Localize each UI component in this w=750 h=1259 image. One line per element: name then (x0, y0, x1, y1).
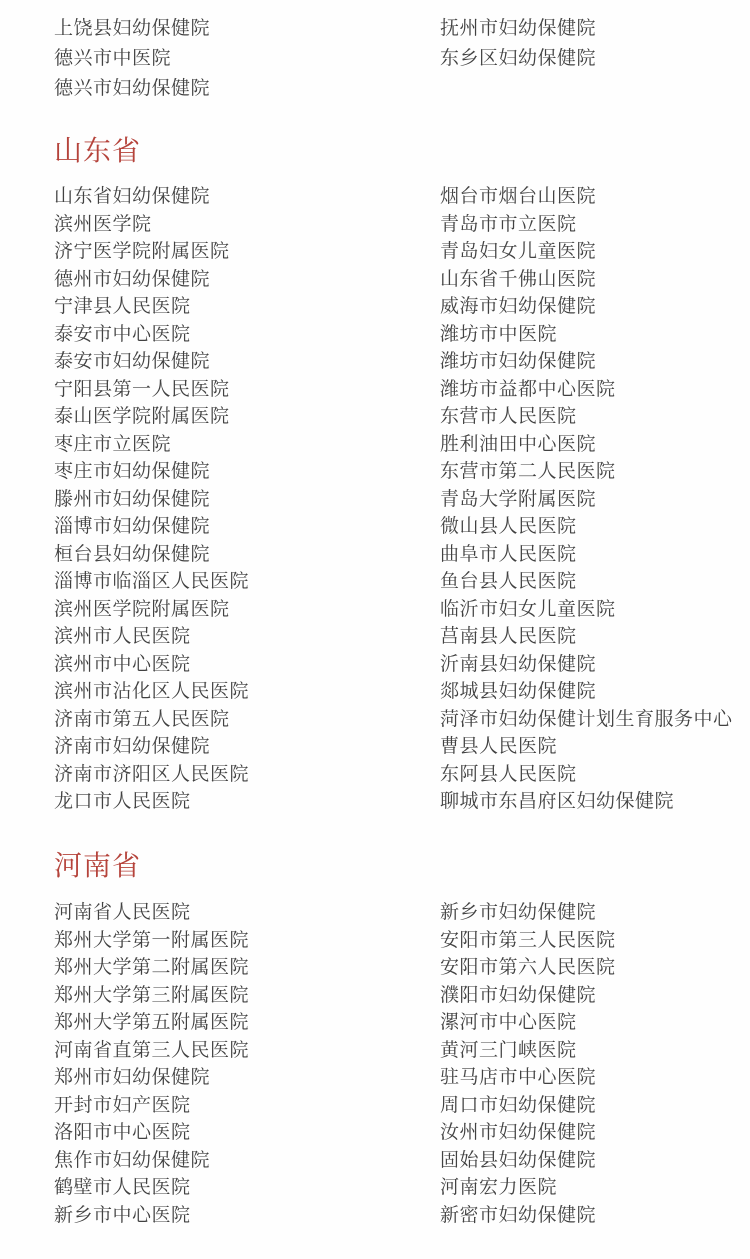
hospital-item: 泰安市妇幼保健院 (54, 348, 249, 376)
hospital-item: 东营市人民医院 (440, 403, 733, 431)
hospital-item: 郑州大学第三附属医院 (54, 982, 249, 1010)
hospital-item: 青岛市市立医院 (440, 211, 733, 239)
hospital-item: 青岛大学附属医院 (440, 486, 733, 514)
hospital-item: 焦作市妇幼保健院 (54, 1147, 249, 1175)
hospital-item: 潍坊市益都中心医院 (440, 376, 733, 404)
hospital-item: 滨州医学院附属医院 (54, 596, 249, 624)
hospital-item: 安阳市第六人民医院 (440, 954, 616, 982)
hospital-item: 东阿县人民医院 (440, 761, 733, 789)
hospital-item: 青岛妇女儿童医院 (440, 238, 733, 266)
hospital-item: 山东省妇幼保健院 (54, 183, 249, 211)
hospital-item: 郯城县妇幼保健院 (440, 678, 733, 706)
hospital-item: 抚州市妇幼保健院 (440, 14, 596, 44)
henan-hospital-column-right: 新乡市妇幼保健院安阳市第三人民医院安阳市第六人民医院濮阳市妇幼保健院漯河市中心医… (440, 899, 616, 1229)
hospital-item: 安阳市第三人民医院 (440, 927, 616, 955)
hospital-item: 东乡区妇幼保健院 (440, 44, 596, 74)
hospital-item: 宁阳县第一人民医院 (54, 376, 249, 404)
hospital-item: 滕州市妇幼保健院 (54, 486, 249, 514)
hospital-item: 济南市妇幼保健院 (54, 733, 249, 761)
hospital-item: 黄河三门峡医院 (440, 1037, 616, 1065)
hospital-item: 济南市第五人民医院 (54, 706, 249, 734)
hospital-item: 上饶县妇幼保健院 (54, 14, 210, 44)
hospital-item: 滨州市中心医院 (54, 651, 249, 679)
section-heading-shandong: 山东省 (54, 136, 141, 168)
hospital-item: 济宁医学院附属医院 (54, 238, 249, 266)
hospital-item: 威海市妇幼保健院 (440, 293, 733, 321)
hospital-item: 河南省人民医院 (54, 899, 249, 927)
hospital-item: 鹤壁市人民医院 (54, 1174, 249, 1202)
hospital-item: 郑州大学第五附属医院 (54, 1009, 249, 1037)
hospital-item: 临沂市妇女儿童医院 (440, 596, 733, 624)
continuation-hospital-column-right: 抚州市妇幼保健院东乡区妇幼保健院 (440, 14, 596, 74)
hospital-item: 新密市妇幼保健院 (440, 1202, 616, 1230)
shandong-hospital-column-right: 烟台市烟台山医院青岛市市立医院青岛妇女儿童医院山东省千佛山医院威海市妇幼保健院潍… (440, 183, 733, 816)
hospital-item: 滨州医学院 (54, 211, 249, 239)
hospital-item: 周口市妇幼保健院 (440, 1092, 616, 1120)
hospital-item: 开封市妇产医院 (54, 1092, 249, 1120)
hospital-item: 洛阳市中心医院 (54, 1119, 249, 1147)
hospital-item: 东营市第二人民医院 (440, 458, 733, 486)
hospital-item: 菏泽市妇幼保健计划生育服务中心 (440, 706, 733, 734)
hospital-item: 郑州市妇幼保健院 (54, 1064, 249, 1092)
hospital-item: 潍坊市妇幼保健院 (440, 348, 733, 376)
hospital-item: 泰安市中心医院 (54, 321, 249, 349)
hospital-item: 漯河市中心医院 (440, 1009, 616, 1037)
hospital-item: 济南市济阳区人民医院 (54, 761, 249, 789)
hospital-item: 泰山医学院附属医院 (54, 403, 249, 431)
hospital-item: 德兴市中医院 (54, 44, 210, 74)
hospital-item: 山东省千佛山医院 (440, 266, 733, 294)
hospital-item: 枣庄市立医院 (54, 431, 249, 459)
hospital-item: 聊城市东昌府区妇幼保健院 (440, 788, 733, 816)
hospital-item: 河南宏力医院 (440, 1174, 616, 1202)
shandong-hospital-column-left: 山东省妇幼保健院滨州医学院济宁医学院附属医院德州市妇幼保健院宁津县人民医院泰安市… (54, 183, 249, 816)
hospital-item: 滨州市沾化区人民医院 (54, 678, 249, 706)
hospital-item: 淄博市临淄区人民医院 (54, 568, 249, 596)
hospital-item: 枣庄市妇幼保健院 (54, 458, 249, 486)
hospital-item: 河南省直第三人民医院 (54, 1037, 249, 1065)
hospital-item: 郑州大学第一附属医院 (54, 927, 249, 955)
hospital-item: 驻马店市中心医院 (440, 1064, 616, 1092)
hospital-item: 固始县妇幼保健院 (440, 1147, 616, 1175)
hospital-item: 桓台县妇幼保健院 (54, 541, 249, 569)
hospital-item: 烟台市烟台山医院 (440, 183, 733, 211)
henan-hospital-column-left: 河南省人民医院郑州大学第一附属医院郑州大学第二附属医院郑州大学第三附属医院郑州大… (54, 899, 249, 1229)
hospital-list-document: 上饶县妇幼保健院德兴市中医院德兴市妇幼保健院 抚州市妇幼保健院东乡区妇幼保健院 … (0, 0, 750, 1259)
hospital-item: 曹县人民医院 (440, 733, 733, 761)
hospital-item: 德兴市妇幼保健院 (54, 74, 210, 104)
hospital-item: 莒南县人民医院 (440, 623, 733, 651)
hospital-item: 宁津县人民医院 (54, 293, 249, 321)
hospital-item: 曲阜市人民医院 (440, 541, 733, 569)
hospital-item: 滨州市人民医院 (54, 623, 249, 651)
hospital-item: 德州市妇幼保健院 (54, 266, 249, 294)
hospital-item: 沂南县妇幼保健院 (440, 651, 733, 679)
continuation-hospital-column-left: 上饶县妇幼保健院德兴市中医院德兴市妇幼保健院 (54, 14, 210, 104)
hospital-item: 淄博市妇幼保健院 (54, 513, 249, 541)
hospital-item: 潍坊市中医院 (440, 321, 733, 349)
hospital-item: 汝州市妇幼保健院 (440, 1119, 616, 1147)
hospital-item: 龙口市人民医院 (54, 788, 249, 816)
hospital-item: 鱼台县人民医院 (440, 568, 733, 596)
hospital-item: 胜利油田中心医院 (440, 431, 733, 459)
section-heading-henan: 河南省 (54, 851, 141, 883)
hospital-item: 濮阳市妇幼保健院 (440, 982, 616, 1010)
hospital-item: 郑州大学第二附属医院 (54, 954, 249, 982)
hospital-item: 新乡市中心医院 (54, 1202, 249, 1230)
hospital-item: 微山县人民医院 (440, 513, 733, 541)
hospital-item: 新乡市妇幼保健院 (440, 899, 616, 927)
